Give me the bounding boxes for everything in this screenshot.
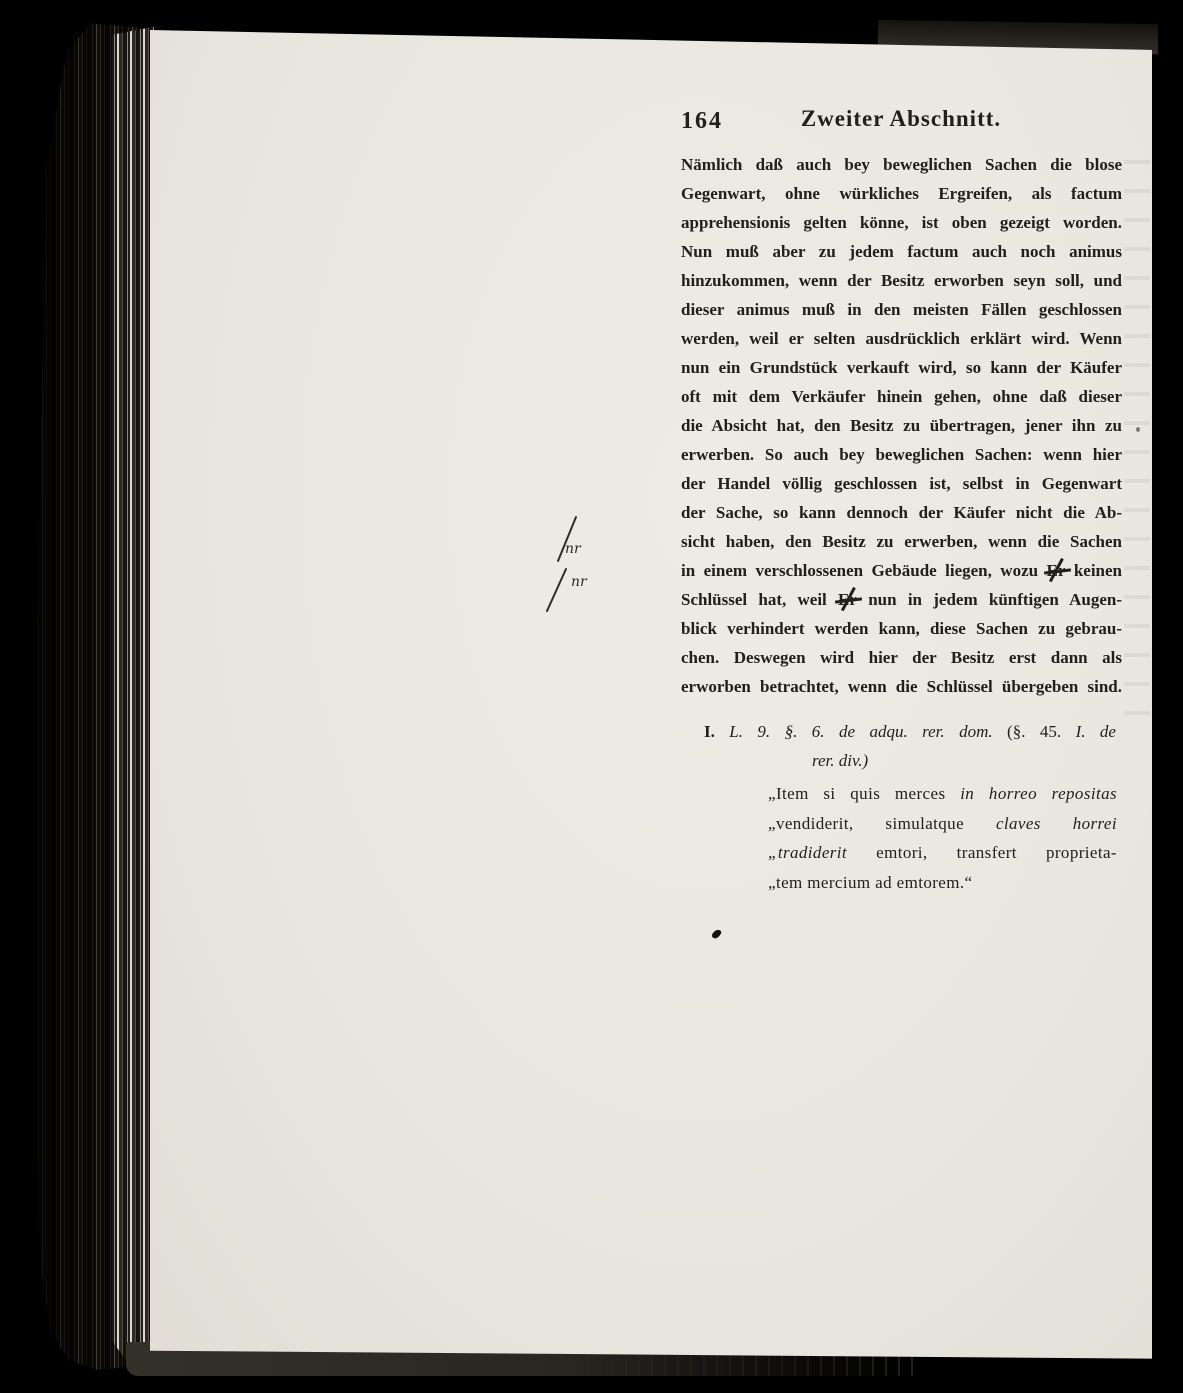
body-line: Nämlich daß auch bey beweglichen Sachen … (681, 150, 1122, 179)
footnote-citation: de adqu. rer. dom. (839, 722, 1007, 741)
quote-line: „tradiderit emtori, transfert proprieta- (768, 838, 1117, 868)
body-line: in einem verschlossenen Gebäude liegen, … (681, 556, 1122, 585)
scan-background: { "page": { "number": "164", "running_he… (0, 0, 1183, 1393)
body-line: chen. Deswegen wird hier der Besitz erst… (681, 643, 1122, 672)
quote-text-italic: „tradiderit (768, 843, 847, 862)
footnote-citation: L. 9. §. 6. (729, 722, 839, 741)
body-line: blick verhindert werden kann, diese Sach… (681, 614, 1122, 643)
body-line: apprehensionis gelten könne, ist oben ge… (681, 208, 1122, 237)
footnote-citation: I. de (1076, 722, 1116, 741)
line-text: Schlüssel hat, weil (681, 590, 838, 609)
body-line: die Absicht hat, den Besitz zu übertrage… (681, 411, 1122, 440)
running-header: Zweiter Abschnitt. (680, 106, 1122, 132)
quote-text: emtori, transfert proprieta- (847, 843, 1117, 862)
crossed-out-word: Er (838, 590, 857, 609)
footnote-marker: I. (704, 722, 729, 741)
body-line: der Handel völlig geschlossen ist, selbs… (681, 469, 1122, 498)
quote-text: „Item si quis merces (768, 784, 960, 803)
margin-mark-letters: nr (565, 541, 582, 557)
body-line: hinzukommen, wenn der Besitz erworben se… (681, 266, 1122, 295)
body-line: erworben betrachtet, wenn die Schlüssel … (681, 672, 1122, 701)
page-stack-highlight (112, 24, 154, 1368)
quote-line: „tem mercium ad emtorem.“ (768, 868, 1117, 898)
line-text: keinen (1065, 561, 1122, 580)
body-line: werden, weil er selten ausdrücklich erkl… (681, 324, 1122, 353)
footnote-citation: (§. 45. (1007, 722, 1076, 741)
margin-mark-letters: nr (571, 574, 588, 590)
footnote-reference-line2: rer. div.) (704, 746, 1116, 775)
line-text: in einem verschlossenen Gebäude liegen, … (681, 561, 1047, 580)
quote-line: „vendiderit, simulatque claves horrei (768, 809, 1117, 839)
body-line: dieser animus muß in den meisten Fällen … (681, 295, 1122, 324)
body-line: Gegenwart, ohne würkliches Ergreifen, al… (681, 179, 1122, 208)
body-text: Nämlich daß auch bey beweglichen Sachen … (681, 150, 1122, 701)
book-scan: 164 Zweiter Abschnitt. Nämlich daß auch … (0, 0, 1183, 1393)
footnote-quotation: „Item si quis merces in horreo repositas… (768, 779, 1117, 897)
body-line: sicht haben, den Besitz zu erwerben, wen… (681, 527, 1122, 556)
quote-line: „Item si quis merces in horreo repositas (768, 779, 1117, 809)
margin-slash-mark (547, 569, 566, 611)
line-text: nun in jedem künftigen Augen- (857, 590, 1122, 609)
body-line: der Sache, so kann dennoch der Käufer ni… (681, 498, 1122, 527)
quote-text-italic: in horreo repositas (960, 784, 1117, 803)
body-line: erwerben. So auch bey beweglichen Sachen… (681, 440, 1122, 469)
body-line: Schlüssel hat, weil Er nun in jedem künf… (681, 585, 1122, 614)
footnote-reference: I. L. 9. §. 6. de adqu. rer. dom. (§. 45… (704, 717, 1116, 746)
body-line: nun ein Grundstück verkauft wird, so kan… (681, 353, 1122, 382)
quote-text-italic: claves horrei (996, 814, 1117, 833)
quote-text: „vendiderit, simulatque (768, 814, 996, 833)
body-line: oft mit dem Verkäufer hinein gehen, ohne… (681, 382, 1122, 411)
handwritten-margin-marks: nr nr (538, 503, 618, 633)
body-line: Nun muß aber zu jedem factum auch noch a… (681, 237, 1122, 266)
crossed-out-word: Er (1047, 561, 1066, 580)
page-bleed-through (1124, 160, 1150, 720)
